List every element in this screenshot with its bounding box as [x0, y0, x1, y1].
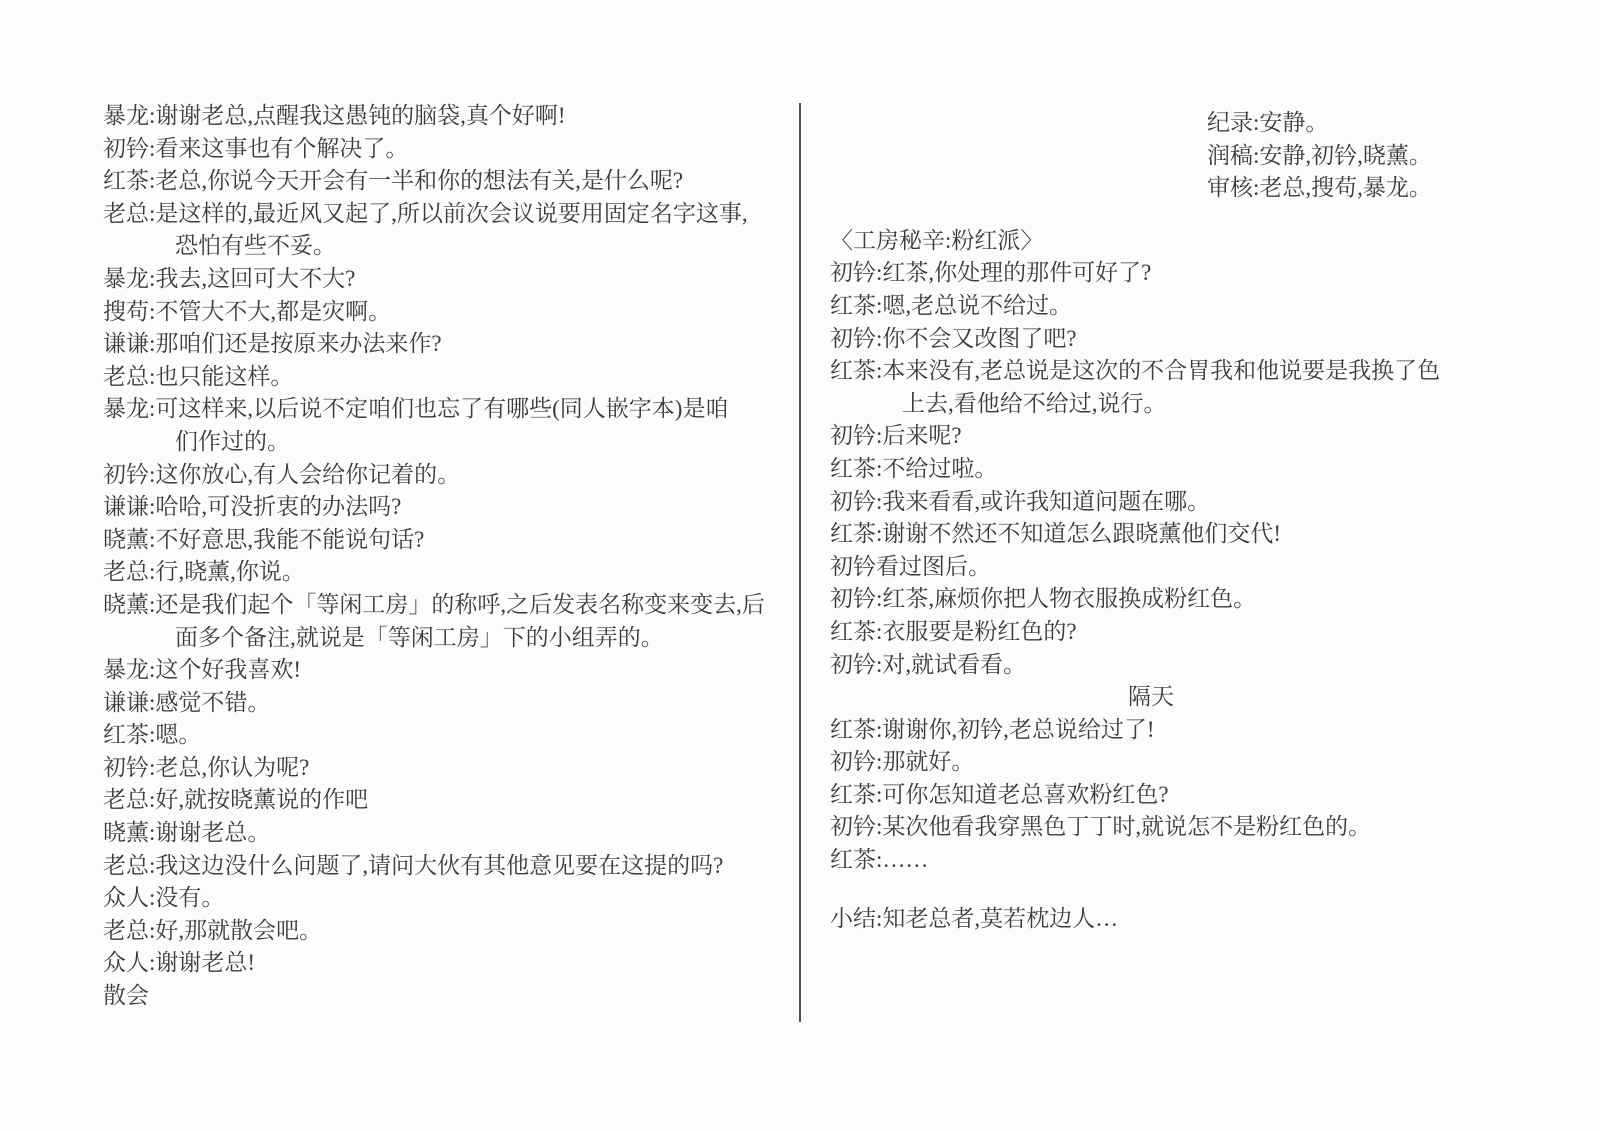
- text-line: 红茶:衣服要是粉红色的?: [830, 616, 1472, 649]
- text-line: 审核:老总,搜苟,暴龙。: [830, 172, 1472, 205]
- text-line: 暴龙:谢谢老总,点醒我这愚钝的脑袋,真个好啊!: [103, 100, 803, 133]
- text-line: 老总:好,那就散会吧。: [103, 915, 803, 948]
- text-line: 红茶:谢谢不然还不知道怎么跟晓薰他们交代!: [830, 518, 1472, 551]
- right-column: 纪录:安静。润稿:安静,初钤,晓薰。审核:老总,搜苟,暴龙。〈工房秘辛:粉红派〉…: [830, 107, 1472, 935]
- text-line: 红茶:不给过啦。: [830, 453, 1472, 486]
- text-line: 老总:好,就按晓薰说的作吧: [103, 784, 803, 817]
- text-line: 谦谦:哈哈,可没折衷的办法吗?: [103, 491, 803, 524]
- text-line: 上去,看他给不给过,说行。: [830, 388, 1472, 421]
- text-line: 搜苟:不管大不大,都是灾啊。: [103, 296, 803, 329]
- text-line: 谦谦:感觉不错。: [103, 687, 803, 720]
- text-line: 初钤看过图后。: [830, 551, 1472, 584]
- text-line: 众人:谢谢老总!: [103, 947, 803, 980]
- text-line: 隔天: [830, 681, 1472, 714]
- text-line: 面多个备注,就说是「等闲工房」下的小组弄的。: [103, 622, 803, 655]
- text-line: 老总:行,晓薰,你说。: [103, 556, 803, 589]
- text-line: 初钤:老总,你认为呢?: [103, 752, 803, 785]
- text-line: 红茶:谢谢你,初钤,老总说给过了!: [830, 714, 1472, 747]
- text-line: 初钤:看来这事也有个解决了。: [103, 133, 803, 166]
- text-line: 初钤:某次他看我穿黑色丁丁时,就说怎不是粉红色的。: [830, 811, 1472, 844]
- text-line: 们作过的。: [103, 426, 803, 459]
- text-line: 红茶:本来没有,老总说是这次的不合胃我和他说要是我换了色: [830, 355, 1472, 388]
- column-divider: [799, 103, 801, 1022]
- text-line: 散会: [103, 980, 803, 1013]
- text-line: 初钤:那就好。: [830, 746, 1472, 779]
- text-line: 暴龙:我去,这回可大不大?: [103, 263, 803, 296]
- blank-line: [830, 205, 1472, 225]
- text-line: 润稿:安静,初钤,晓薰。: [830, 140, 1472, 173]
- text-line: 老总:也只能这样。: [103, 361, 803, 394]
- text-line: 老总:我这边没什么问题了,请问大伙有其他意见要在这提的吗?: [103, 850, 803, 883]
- text-line: 纪录:安静。: [830, 107, 1472, 140]
- text-line: 初钤:红茶,你处理的那件可好了?: [830, 257, 1472, 290]
- text-line: 红茶:可你怎知道老总喜欢粉红色?: [830, 779, 1472, 812]
- text-line: 初钤:红茶,麻烦你把人物衣服换成粉红色。: [830, 583, 1472, 616]
- text-line: 红茶:嗯,老总说不给过。: [830, 290, 1472, 323]
- document-page: 暴龙:谢谢老总,点醒我这愚钝的脑袋,真个好啊!初钤:看来这事也有个解决了。红茶:…: [0, 0, 1600, 1131]
- text-line: 初钤:后来呢?: [830, 420, 1472, 453]
- text-line: 谦谦:那咱们还是按原来办法来作?: [103, 328, 803, 361]
- text-line: 小结:知老总者,莫若枕边人…: [830, 903, 1472, 936]
- text-line: 红茶:老总,你说今天开会有一半和你的想法有关,是什么呢?: [103, 165, 803, 198]
- blank-line: [830, 877, 1472, 903]
- text-line: 众人:没有。: [103, 882, 803, 915]
- text-line: 晓薰:不好意思,我能不能说句话?: [103, 524, 803, 557]
- text-line: 初钤:我来看看,或许我知道问题在哪。: [830, 486, 1472, 519]
- text-line: 红茶:嗯。: [103, 719, 803, 752]
- text-line: 老总:是这样的,最近风又起了,所以前次会议说要用固定名字这事,: [103, 198, 803, 231]
- text-line: 红茶:……: [830, 844, 1472, 877]
- text-line: 暴龙:可这样来,以后说不定咱们也忘了有哪些(同人嵌字本)是咱: [103, 393, 803, 426]
- text-line: 〈工房秘辛:粉红派〉: [830, 225, 1472, 258]
- text-line: 恐怕有些不妥。: [103, 230, 803, 263]
- text-line: 初钤:你不会又改图了吧?: [830, 323, 1472, 356]
- left-column: 暴龙:谢谢老总,点醒我这愚钝的脑袋,真个好啊!初钤:看来这事也有个解决了。红茶:…: [103, 100, 803, 1013]
- text-line: 晓薰:谢谢老总。: [103, 817, 803, 850]
- text-line: 初钤:这你放心,有人会给你记着的。: [103, 459, 803, 492]
- text-line: 暴龙:这个好我喜欢!: [103, 654, 803, 687]
- text-line: 晓薰:还是我们起个「等闲工房」的称呼,之后发表名称变来变去,后: [103, 589, 803, 622]
- text-line: 初钤:对,就试看看。: [830, 649, 1472, 682]
